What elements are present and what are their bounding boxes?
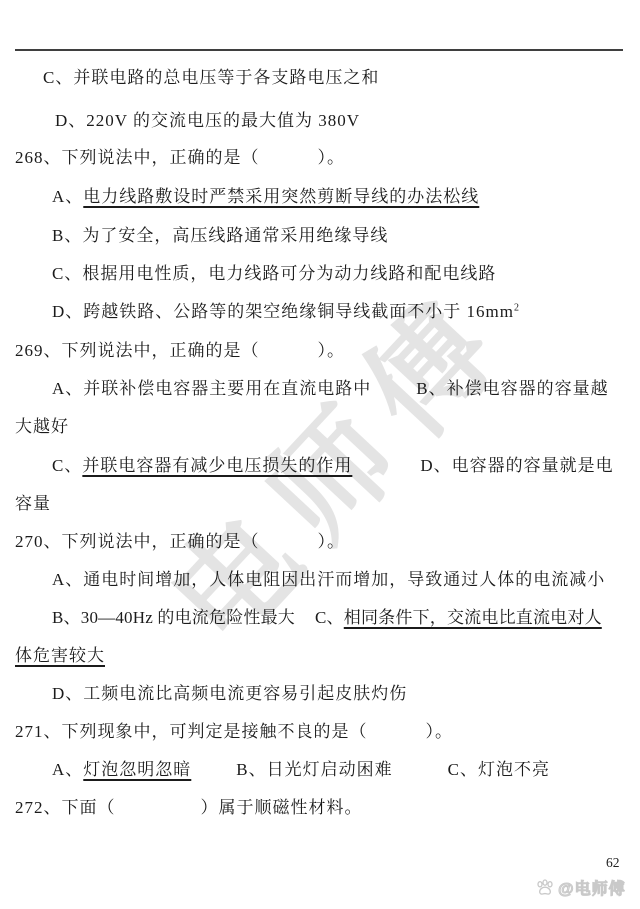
paw-icon	[535, 878, 555, 898]
q270-option-a-text: A、通电时间增加，人体电阻因出汗而增加，导致通过人体的电流减小	[52, 570, 605, 589]
q268-option-c: C、根据用电性质，电力线路可分为动力线路和配电线路	[52, 264, 496, 284]
q269-option-c-underlined: 并联电容器有减少电压损失的作用	[82, 456, 352, 475]
q270-stem: 270、下列说法中，正确的是（）。	[15, 532, 345, 552]
q269-option-d-start: D、电容器的容量就是电	[420, 456, 613, 475]
q267-option-c: C、并联电路的总电压等于各支路电压之和	[43, 68, 379, 88]
q269-option-a-text: A、并联补偿电容器主要用在直流电路中	[52, 379, 371, 398]
q271-stem-close: ）。	[426, 722, 454, 741]
q269-stem-open: 269、下列说法中，正确的是（	[15, 341, 260, 360]
q270-option-c-label: C、	[315, 608, 344, 627]
q269-option-b-cont: 大越好	[15, 417, 69, 437]
q269-option-b-start: B、补偿电容器的容量越	[416, 379, 608, 398]
q270-options-b-c: B、30—40Hz 的电流危险性最大C、相同条件下，交流电比直流电对人	[52, 608, 602, 628]
q267-option-d: D、220V 的交流电压的最大值为 380V	[55, 111, 360, 131]
page-number: 62	[606, 855, 620, 871]
q268-option-d-superscript: 2	[514, 302, 519, 313]
q269-options-a-b: A、并联补偿电容器主要用在直流电路中B、补偿电容器的容量越	[52, 379, 609, 399]
header-rule	[15, 49, 623, 51]
q271-stem-open: 271、下列现象中，可判定是接触不良的是（	[15, 722, 368, 741]
q272-stem-open: 272、下面（	[15, 798, 116, 817]
q271-column-gap-2	[393, 774, 448, 775]
q271-option-a-underlined: 灯泡忽明忽暗	[83, 760, 191, 779]
q270-option-b-text: B、30—40Hz 的电流危险性最大	[52, 608, 295, 627]
q269-options-c-d: C、并联电容器有减少电压损失的作用D、电容器的容量就是电	[52, 456, 614, 476]
q270-option-d: D、工频电流比高频电流更容易引起皮肤灼伤	[52, 684, 407, 704]
q269-option-c-label: C、	[52, 456, 82, 475]
q269-answer-blank	[260, 355, 318, 356]
q270-column-gap	[295, 622, 315, 623]
q272-stem: 272、下面（）属于顺磁性材料。	[15, 798, 363, 818]
q269-column-gap-2	[352, 470, 420, 471]
q271-option-b-text: B、日光灯启动困难	[236, 760, 392, 779]
q272-answer-blank	[116, 812, 201, 813]
q270-stem-open: 270、下列说法中，正确的是（	[15, 532, 260, 551]
q268-stem: 268、下列说法中，正确的是（）。	[15, 148, 345, 168]
q270-option-d-text: D、工频电流比高频电流更容易引起皮肤灼伤	[52, 684, 407, 703]
q271-column-gap	[191, 774, 236, 775]
q270-option-c-underlined-cont: 体危害较大	[15, 646, 105, 665]
q268-option-c-text: C、根据用电性质，电力线路可分为动力线路和配电线路	[52, 264, 496, 283]
q271-option-c-text: C、灯泡不亮	[448, 760, 550, 779]
q268-option-d-text: D、跨越铁路、公路等的架空绝缘铜导线截面不小于 16mm	[52, 302, 514, 321]
badge-watermark-text: @电师傅	[558, 876, 626, 899]
q268-option-a-underlined: 电力线路敷设时严禁采用突然剪断导线的办法松线	[83, 187, 479, 206]
q271-options: A、灯泡忽明忽暗B、日光灯启动困难C、灯泡不亮	[52, 760, 550, 780]
q268-option-a-label: A、	[52, 187, 83, 206]
q269-column-gap	[371, 393, 416, 394]
q268-option-b-text: B、为了安全，高压线路通常采用绝缘导线	[52, 226, 388, 245]
q269-option-d-cont: 容量	[15, 494, 51, 514]
q271-option-a-label: A、	[52, 760, 83, 779]
q270-option-a: A、通电时间增加，人体电阻因出汗而增加，导致通过人体的电流减小	[52, 570, 605, 590]
q269-stem: 269、下列说法中，正确的是（）。	[15, 341, 345, 361]
q270-option-c-underlined: 相同条件下，交流电比直流电对人	[344, 608, 602, 627]
q267-option-c-text: C、并联电路的总电压等于各支路电压之和	[43, 68, 379, 87]
q267-option-d-text: D、220V 的交流电压的最大值为 380V	[55, 111, 360, 130]
q268-stem-open: 268、下列说法中，正确的是（	[15, 148, 260, 167]
q271-stem: 271、下列现象中，可判定是接触不良的是（）。	[15, 722, 453, 742]
q269-option-d-cont-text: 容量	[15, 494, 51, 513]
q270-option-c-cont: 体危害较大	[15, 646, 105, 666]
q268-option-d: D、跨越铁路、公路等的架空绝缘铜导线截面不小于 16mm2	[52, 302, 519, 322]
q268-option-b: B、为了安全，高压线路通常采用绝缘导线	[52, 226, 388, 246]
q268-stem-close: ）。	[318, 148, 346, 167]
watermark-badge: @电师傅	[535, 876, 626, 899]
q269-stem-close: ）。	[318, 341, 346, 360]
q272-stem-close: ）属于顺磁性材料。	[201, 798, 363, 817]
exam-page: 电师傅 C、并联电路的总电压等于各支路电压之和 D、220V 的交流电压的最大值…	[0, 0, 640, 909]
q270-answer-blank	[260, 546, 318, 547]
q268-option-a: A、电力线路敷设时严禁采用突然剪断导线的办法松线	[52, 187, 479, 207]
q268-answer-blank	[260, 162, 318, 163]
q271-answer-blank	[368, 736, 426, 737]
q269-option-b-cont-text: 大越好	[15, 417, 69, 436]
q270-stem-close: ）。	[318, 532, 346, 551]
